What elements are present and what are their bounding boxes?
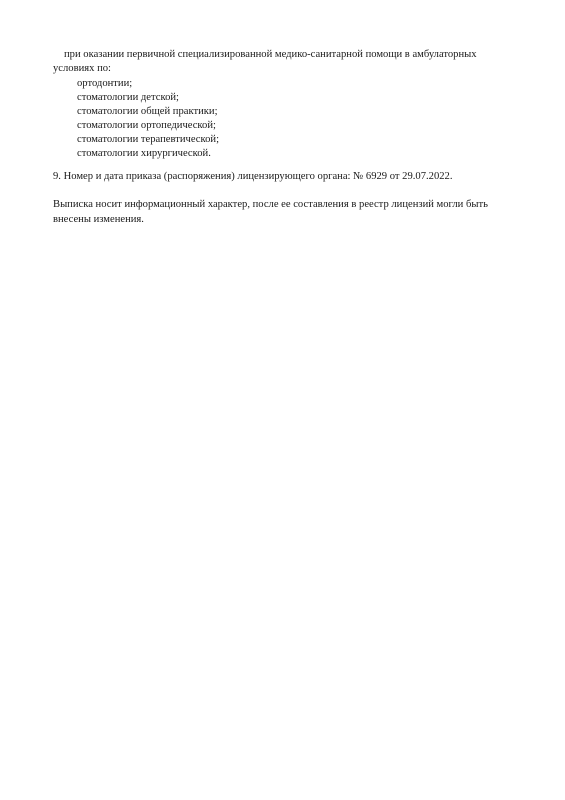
document-page: при оказании первичной специализированно…	[0, 0, 565, 800]
service-item: стоматологии терапевтической;	[77, 133, 219, 147]
service-item: стоматологии детской;	[77, 91, 179, 105]
disclaimer-line-1: Выписка носит информационный характер, п…	[53, 198, 488, 212]
service-item: стоматологии общей практики;	[77, 105, 218, 119]
order-number-and-date: 9. Номер и дата приказа (распоряжения) л…	[53, 170, 452, 184]
service-item: стоматологии ортопедической;	[77, 119, 216, 133]
disclaimer-line-2: внесены изменения.	[53, 213, 144, 227]
intro-text-line-2: условиях по:	[53, 62, 111, 76]
service-item: стоматологии хирургической.	[77, 147, 211, 161]
service-item: ортодонтии;	[77, 77, 132, 91]
intro-text-line-1: при оказании первичной специализированно…	[64, 48, 477, 62]
